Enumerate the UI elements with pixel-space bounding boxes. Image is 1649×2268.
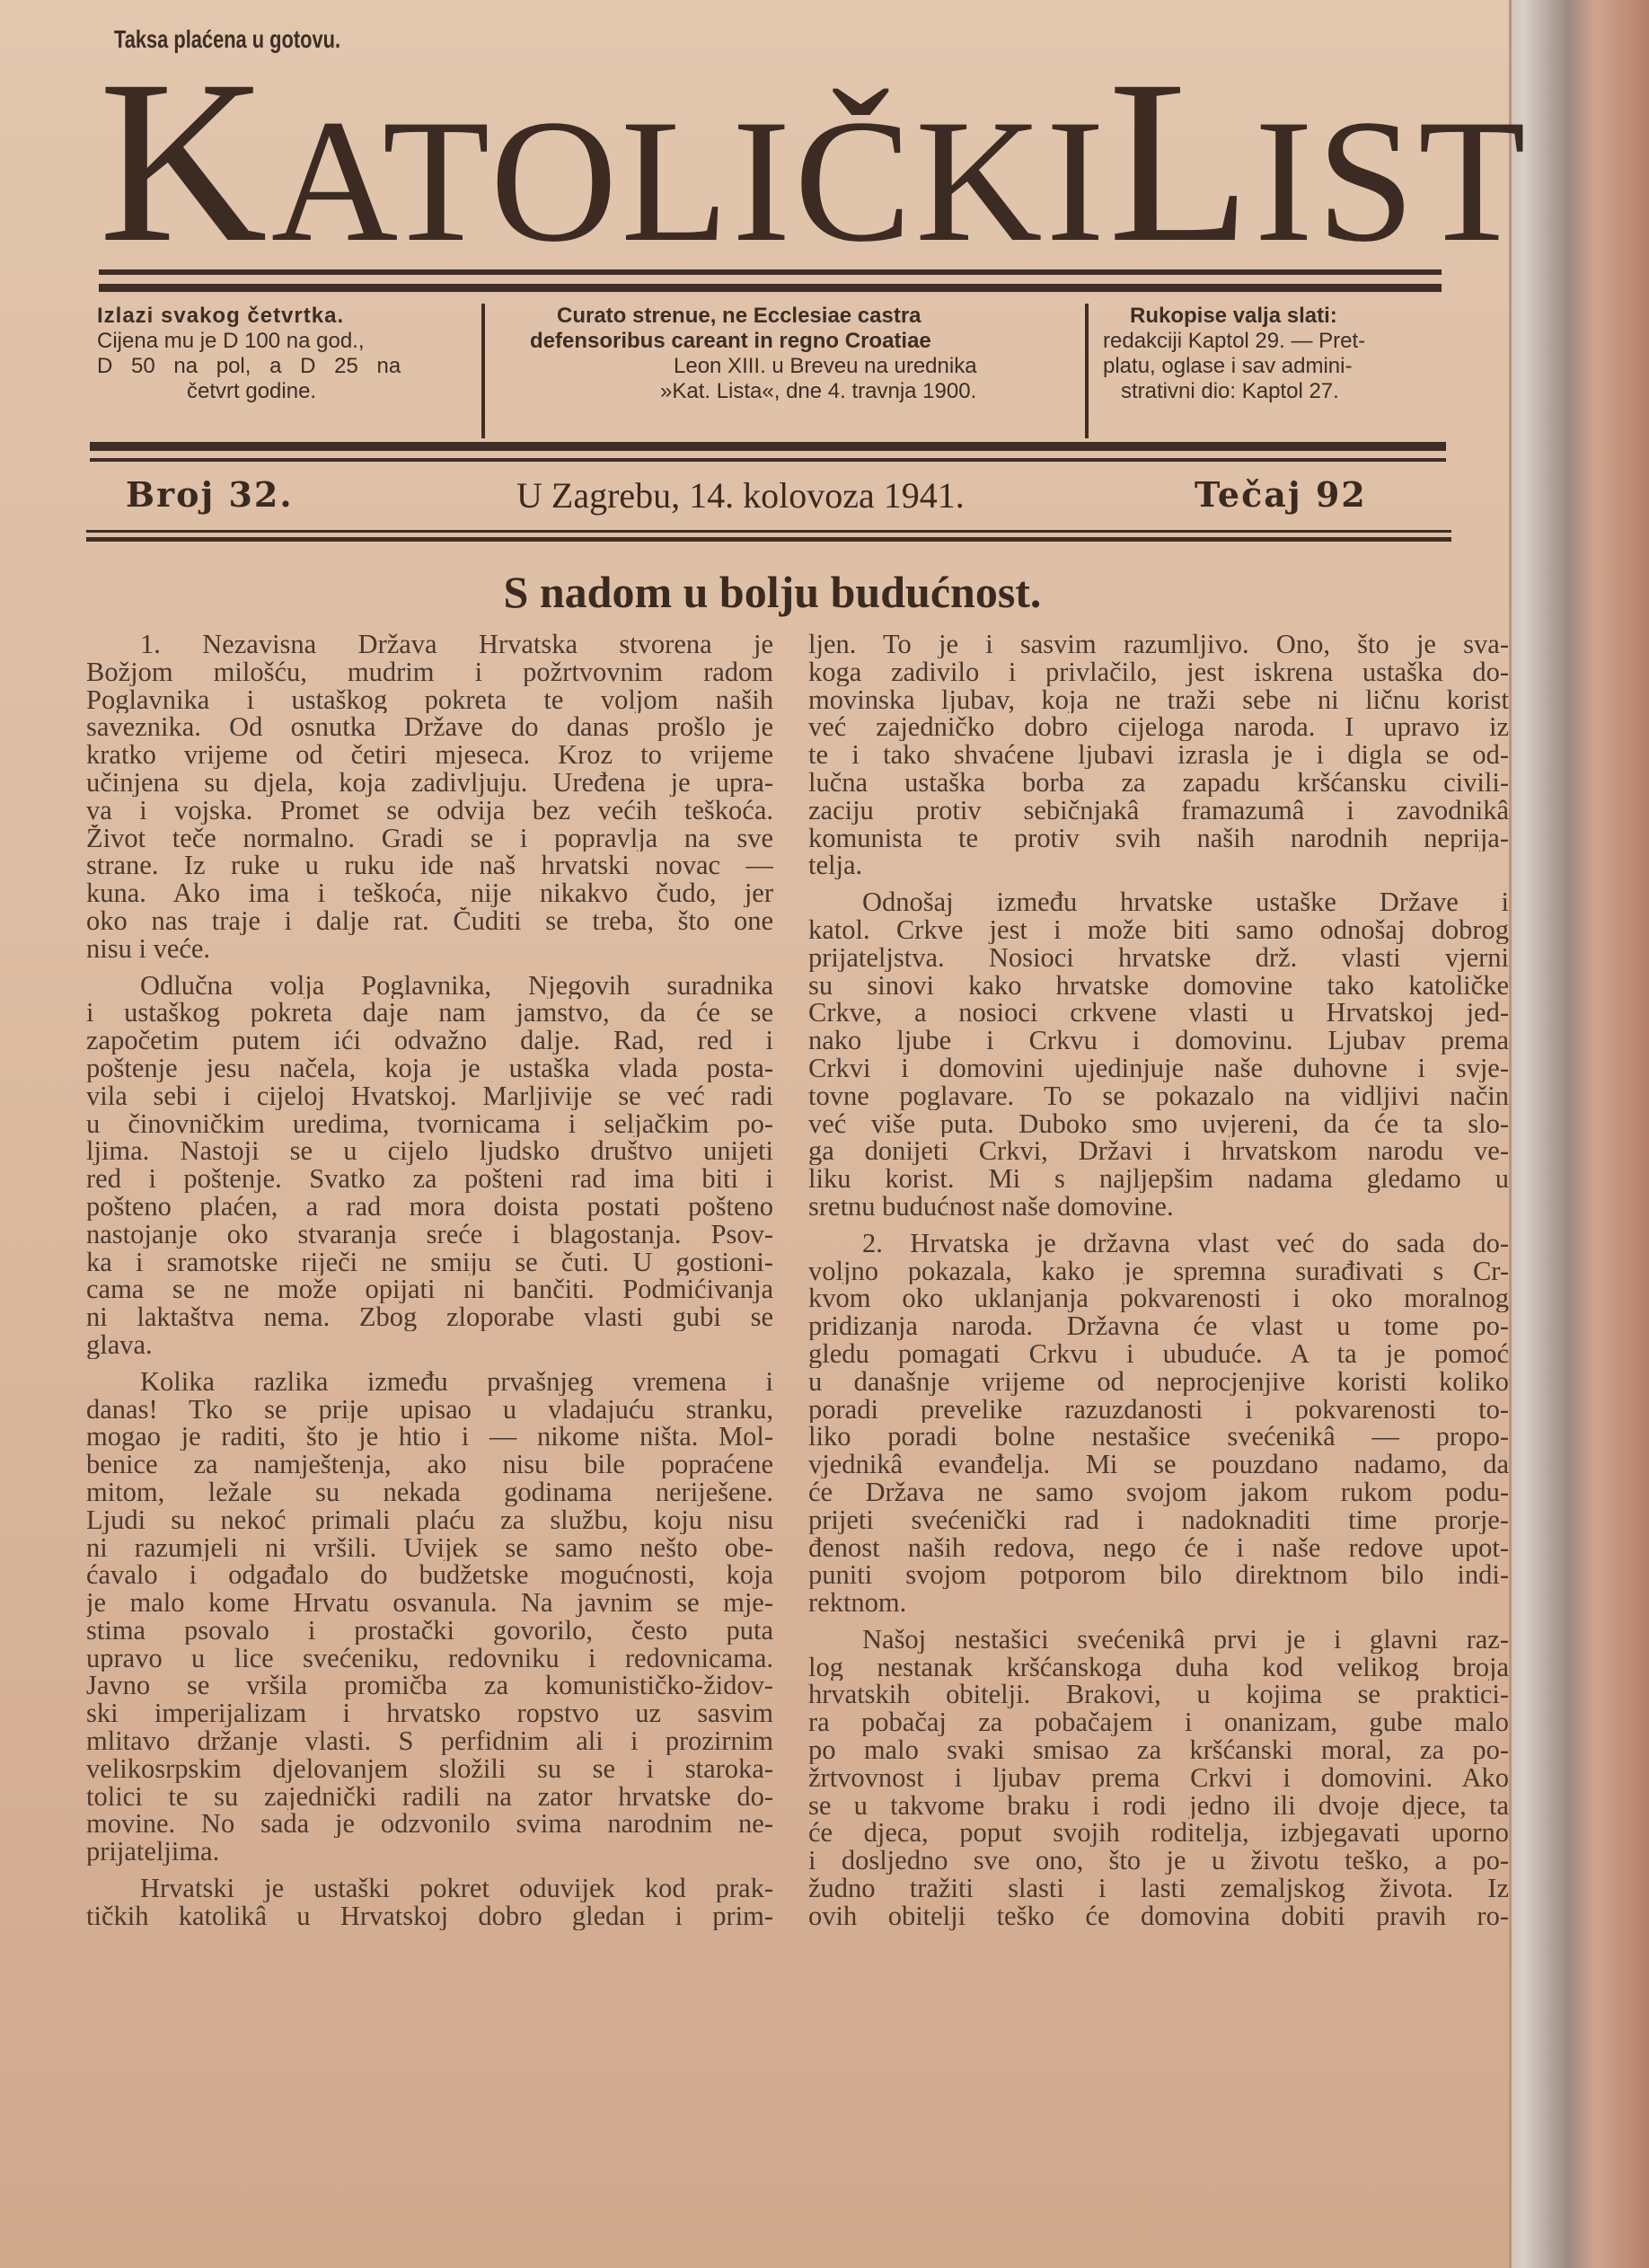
article-text-line: Našoj nestašici svećenikâ prvi je i glav… xyxy=(808,1626,1509,1654)
article-text-line: ljima. Nastoji se u cijelo ljudsko društ… xyxy=(86,1137,773,1165)
article-text-line: nako ljube i Crkvu i domovinu. Ljubav pr… xyxy=(808,1027,1509,1055)
address-line: strativni dio: Kaptol 27. xyxy=(1103,379,1462,404)
info-line: Izlazi svakog četvrtka. xyxy=(97,304,474,329)
article-text-line: liku korist. Mi s najljepšim nadama gled… xyxy=(808,1165,1509,1193)
article-text-line: ka i sramotske riječi ne smiju se čuti. … xyxy=(86,1249,773,1276)
info-line: četvrt godine. xyxy=(97,379,474,404)
article-text-line: žrtvovnost i ljubav prema Crkvi i domovi… xyxy=(808,1764,1509,1792)
infobox-rule-thick xyxy=(90,442,1446,451)
article-text-line: ni razumjeli ni vršili. Uvijek se samo n… xyxy=(86,1534,773,1562)
paragraph-gap xyxy=(808,1617,1509,1626)
article-text-line: započetim putem ići odvažno dalje. Rad, … xyxy=(86,1027,773,1055)
article-text-line: i dosljedno sve ono, što je u životu teš… xyxy=(808,1847,1509,1875)
article-text-line: mitom, ležale su nekada godinama neriješ… xyxy=(86,1478,773,1506)
article-text-line: kuna. Ako ima i teškoća, nije nikakvo ču… xyxy=(86,879,773,907)
article-text-line: mlitavo držanje vlasti. S perfidnim ali … xyxy=(86,1727,773,1755)
article-text-line: pošteno plaćen, a rad mora doista postat… xyxy=(86,1193,773,1221)
article-text-line: danas! Tko se prije upisao u vladajuću s… xyxy=(86,1396,773,1424)
article-text-line: ra pobačaj za pobačajem i onanizam, gube… xyxy=(808,1708,1509,1736)
article-text-line: Hrvatski je ustaški pokret oduvijek kod … xyxy=(86,1875,773,1902)
article-text-line: đenost naših redova, nego će i naše redo… xyxy=(808,1534,1509,1562)
info-divider-2 xyxy=(1085,304,1089,438)
article-text-line: ljen. To je i sasvim razumljivo. Ono, št… xyxy=(808,631,1509,658)
address-line: platu, oglase i sav admini- xyxy=(1103,354,1462,379)
issue-rule-thin xyxy=(86,530,1451,533)
article-text-line: 1. Nezavisna Država Hrvatska stvorena je xyxy=(86,631,773,658)
paragraph-gap xyxy=(86,1359,773,1368)
article-text-line: se u takvome braku i rodi jedno ili dvoj… xyxy=(808,1792,1509,1820)
article-text-line: već zajedničko dobro cijeloga naroda. I … xyxy=(808,713,1509,741)
issue-number: Broj 32. xyxy=(126,474,294,515)
article-text-line: Život teče normalno. Gradi se i popravlj… xyxy=(86,825,773,852)
article-text-line: poradi prevelike razuzdanosti i pokvaren… xyxy=(808,1396,1509,1424)
article-text-line: sretnu budućnost naše domovine. xyxy=(808,1193,1509,1221)
article-text-line: ni laktaštva nema. Zbog zloporabe vlasti… xyxy=(86,1303,773,1331)
article-text-line: movine. No sada je odzvonilo svima narod… xyxy=(86,1810,773,1838)
article-text-line: su sinovi kako hrvatske domovine tako ka… xyxy=(808,972,1509,1000)
article-text-line: prijateljstva. Nosioci hrvatske drž. vla… xyxy=(808,944,1509,972)
article-text-line: tolici te su zajednički radili na zator … xyxy=(86,1783,773,1811)
masthead-initial-l: L xyxy=(1108,32,1255,291)
motto-line: defensoribus careant in regno Croatiae xyxy=(503,329,1078,354)
article-text-line: telja. xyxy=(808,852,1509,879)
masthead-title: KATOLIČKILIST xyxy=(99,72,1446,260)
article-text-line: cama se ne može opijati ni bančiti. Podm… xyxy=(86,1275,773,1303)
article-text-line: movinska ljubav, koja ne traži sebe ni l… xyxy=(808,686,1509,714)
article-text-line: saveznika. Od osnutka Države do danas pr… xyxy=(86,713,773,741)
article-text-line: liko poradi bolne nestašice svećenikâ — … xyxy=(808,1423,1509,1451)
article-text-line: i ustaškog pokreta daje nam jamstvo, da … xyxy=(86,999,773,1027)
article-text-line: u činovničkim uredima, tvornicama i selj… xyxy=(86,1110,773,1138)
article-text-line: vila sebi i cijeloj Hvatskoj. Marljivije… xyxy=(86,1082,773,1110)
article-text-line: Crkve, a nosioci crkvene vlasti u Hrvats… xyxy=(808,999,1509,1027)
article-text-line: je malo kome Hrvatu osvanula. Na javnim … xyxy=(86,1589,773,1617)
masthead-rule-bottom xyxy=(99,284,1442,292)
article-text-line: ovih obitelji teško će domovina dobiti p… xyxy=(808,1902,1509,1930)
article-text-line: komunista te protiv svih naših narodnih … xyxy=(808,825,1509,852)
article-text-line: vjednikâ evanđelja. Mi se pouzdano nadam… xyxy=(808,1451,1509,1478)
article-text-line: tovne poglavare. To se pokazalo na vidlj… xyxy=(808,1082,1509,1110)
article-text-line: poštenje jesu načela, koja je ustaška vl… xyxy=(86,1055,773,1082)
article-text-line: ski imperijalizam i hrvatsko ropstvo uz … xyxy=(86,1699,773,1727)
article-text-line: Poglavnika i ustaškog pokreta te voljom … xyxy=(86,686,773,714)
article-text-line: po malo svaki smisao za kršćanski moral,… xyxy=(808,1736,1509,1764)
article-text-line: velikosrpskim djelovanjem složili su se … xyxy=(86,1755,773,1783)
article-text-line: tičkih katolikâ u Hrvatskoj dobro gledan… xyxy=(86,1902,773,1930)
article-text-line: rektnom. xyxy=(808,1589,1509,1617)
article-text-line: nisu i veće. xyxy=(86,935,773,963)
masthead-word-2: IST xyxy=(1255,84,1530,278)
article-text-line: ćavalo i odgađalo do budžetske mogućnost… xyxy=(86,1561,773,1589)
article-title: S nadom u bolju budućnost. xyxy=(0,566,1509,618)
article-text-line: voljno pokazala, kako je spremna surađiv… xyxy=(808,1258,1509,1285)
paragraph-gap xyxy=(86,1866,773,1875)
masthead-initial-k: K xyxy=(99,32,271,291)
article-text-line: Crkvi i domovini ujedinjuje naše duhovne… xyxy=(808,1055,1509,1082)
article-text-line: kratko vrijeme od četiri mjeseca. Kroz t… xyxy=(86,741,773,769)
article-text-line: hrvatskih obitelji. Brakovi, u kojima se… xyxy=(808,1681,1509,1708)
paragraph-gap xyxy=(808,1221,1509,1230)
article-text-line: će Država ne samo svojom jakom rukom pod… xyxy=(808,1478,1509,1506)
motto-attribution: »Kat. Lista«, dne 4. travnja 1900. xyxy=(503,379,1078,404)
address-line: Rukopise valja slati: xyxy=(1103,304,1462,329)
article-text-line: va i vojska. Promet se odvija bez većih … xyxy=(86,797,773,825)
issue-date: U Zagrebu, 14. kolovoza 1941. xyxy=(516,474,965,516)
article-text-line: ga donijeti Crkvi, Državi i hrvatskom na… xyxy=(808,1137,1509,1165)
article-text-line: katol. Crkve jest i može biti samo odnoš… xyxy=(808,916,1509,944)
article-text-line: koga zadivilo i privlačilo, jest iskrena… xyxy=(808,658,1509,686)
paragraph-gap xyxy=(86,963,773,972)
volume-number: Tečaj 92 xyxy=(1195,474,1367,515)
info-addresses: Rukopise valja slati: redakciji Kaptol 2… xyxy=(1103,304,1462,438)
article-text-line: već više puta. Duboko smo uvjereni, da ć… xyxy=(808,1110,1509,1138)
article-text-line: zaciju protiv sebičnjakâ framazumâ i zav… xyxy=(808,797,1509,825)
info-divider-1 xyxy=(481,304,485,438)
article-text-line: u današnje vrijeme od neprocjenjive kori… xyxy=(808,1368,1509,1396)
motto-attribution: Leon XIII. u Breveu na urednika xyxy=(503,354,1078,379)
article-text-line: Božjom milošću, mudrim i požrtvovnim rad… xyxy=(86,658,773,686)
article-text-line: te i tako shvaćene ljubavi izrasla je i … xyxy=(808,741,1509,769)
motto-line: Curato strenue, ne Ecclesiae castra xyxy=(503,304,1078,329)
issue-bar: Broj 32. U Zagrebu, 14. kolovoza 1941. T… xyxy=(85,469,1415,523)
article-text-line: kvom oko uklanjanja pokvarenosti i oko m… xyxy=(808,1284,1509,1312)
article-text-line: red i poštenje. Svatko za pošteni rad im… xyxy=(86,1165,773,1193)
article-text-line: 2. Hrvatska je državna vlast već do sada… xyxy=(808,1230,1509,1258)
article-text-line: glava. xyxy=(86,1331,773,1359)
article-text-line: puniti svojom potporom bilo direktnom bi… xyxy=(808,1561,1509,1589)
article-text-line: oko nas traje i dalje rat. Čuditi se tre… xyxy=(86,907,773,935)
article-text-line: mogao je raditi, što je htio i — nikome … xyxy=(86,1423,773,1451)
article-text-line: lučna ustaška borba za zapadu kršćansku … xyxy=(808,769,1509,797)
article-text-line: Odlučna volja Poglavnika, Njegovih surad… xyxy=(86,972,773,1000)
article-text-line: log nestanak kršćanskoga duha kod veliko… xyxy=(808,1654,1509,1681)
article-text-line: pridizanja naroda. Državna će vlast u to… xyxy=(808,1312,1509,1340)
article-text-line: Kolika razlika između prvašnjeg vremena … xyxy=(86,1368,773,1396)
article-text-line: učinjena su djela, koja zadivljuju. Uređ… xyxy=(86,769,773,797)
article-text-line: prijeti svećenički rad i nadoknaditi tim… xyxy=(808,1506,1509,1534)
masthead-rule-top xyxy=(99,269,1442,275)
article-text-line: će djeca, poput svojih roditelja, izbjeg… xyxy=(808,1819,1509,1847)
article-column-right: ljen. To je i sasvim razumljivo. Ono, št… xyxy=(808,631,1509,1930)
address-line: redakciji Kaptol 29. — Pret- xyxy=(1103,329,1462,354)
issue-rule-bottom xyxy=(86,537,1451,542)
article-text-line: upravo u lice svećeniku, redovniku i red… xyxy=(86,1645,773,1672)
article-text-line: strane. Iz ruke u ruku ide naš hrvatski … xyxy=(86,852,773,879)
article-text-line: prijateljima. xyxy=(86,1838,773,1866)
article-column-left: 1. Nezavisna Država Hrvatska stvorena je… xyxy=(86,631,773,1930)
article-text-line: nastojanje oko stvaranja sreće i blagost… xyxy=(86,1221,773,1249)
article-text-line: gledu pomagati Crkvu i ubuduće. A ta je … xyxy=(808,1340,1509,1368)
info-line: D 50 na pol, a D 25 na xyxy=(97,354,474,379)
article-text-line: Javno se vršila promičba za komunističko… xyxy=(86,1672,773,1699)
masthead-word-1: ATOLIČKI xyxy=(271,84,1108,278)
paragraph-gap xyxy=(808,879,1509,888)
info-publication: Izlazi svakog četvrtka. Cijena mu je D 1… xyxy=(97,304,474,438)
article-text-line: žudno tražiti slasti i lasti zemaljskog … xyxy=(808,1875,1509,1902)
article-text-line: benice za namještenja, ako nisu bile pop… xyxy=(86,1451,773,1478)
article-text-line: stima psovalo i prostački govorilo, čest… xyxy=(86,1617,773,1645)
article-text-line: Odnošaj između hrvatske ustaške Države i xyxy=(808,888,1509,916)
infobox-rule-thin xyxy=(90,458,1446,462)
info-motto: Curato strenue, ne Ecclesiae castra defe… xyxy=(503,304,1078,438)
info-line: Cijena mu je D 100 na god., xyxy=(97,329,474,354)
newspaper-page: Taksa plaćena u gotovu. KATOLIČKILIST Iz… xyxy=(0,0,1512,2268)
article-text-line: Ljudi su nekoć primali plaću za službu, … xyxy=(86,1506,773,1534)
